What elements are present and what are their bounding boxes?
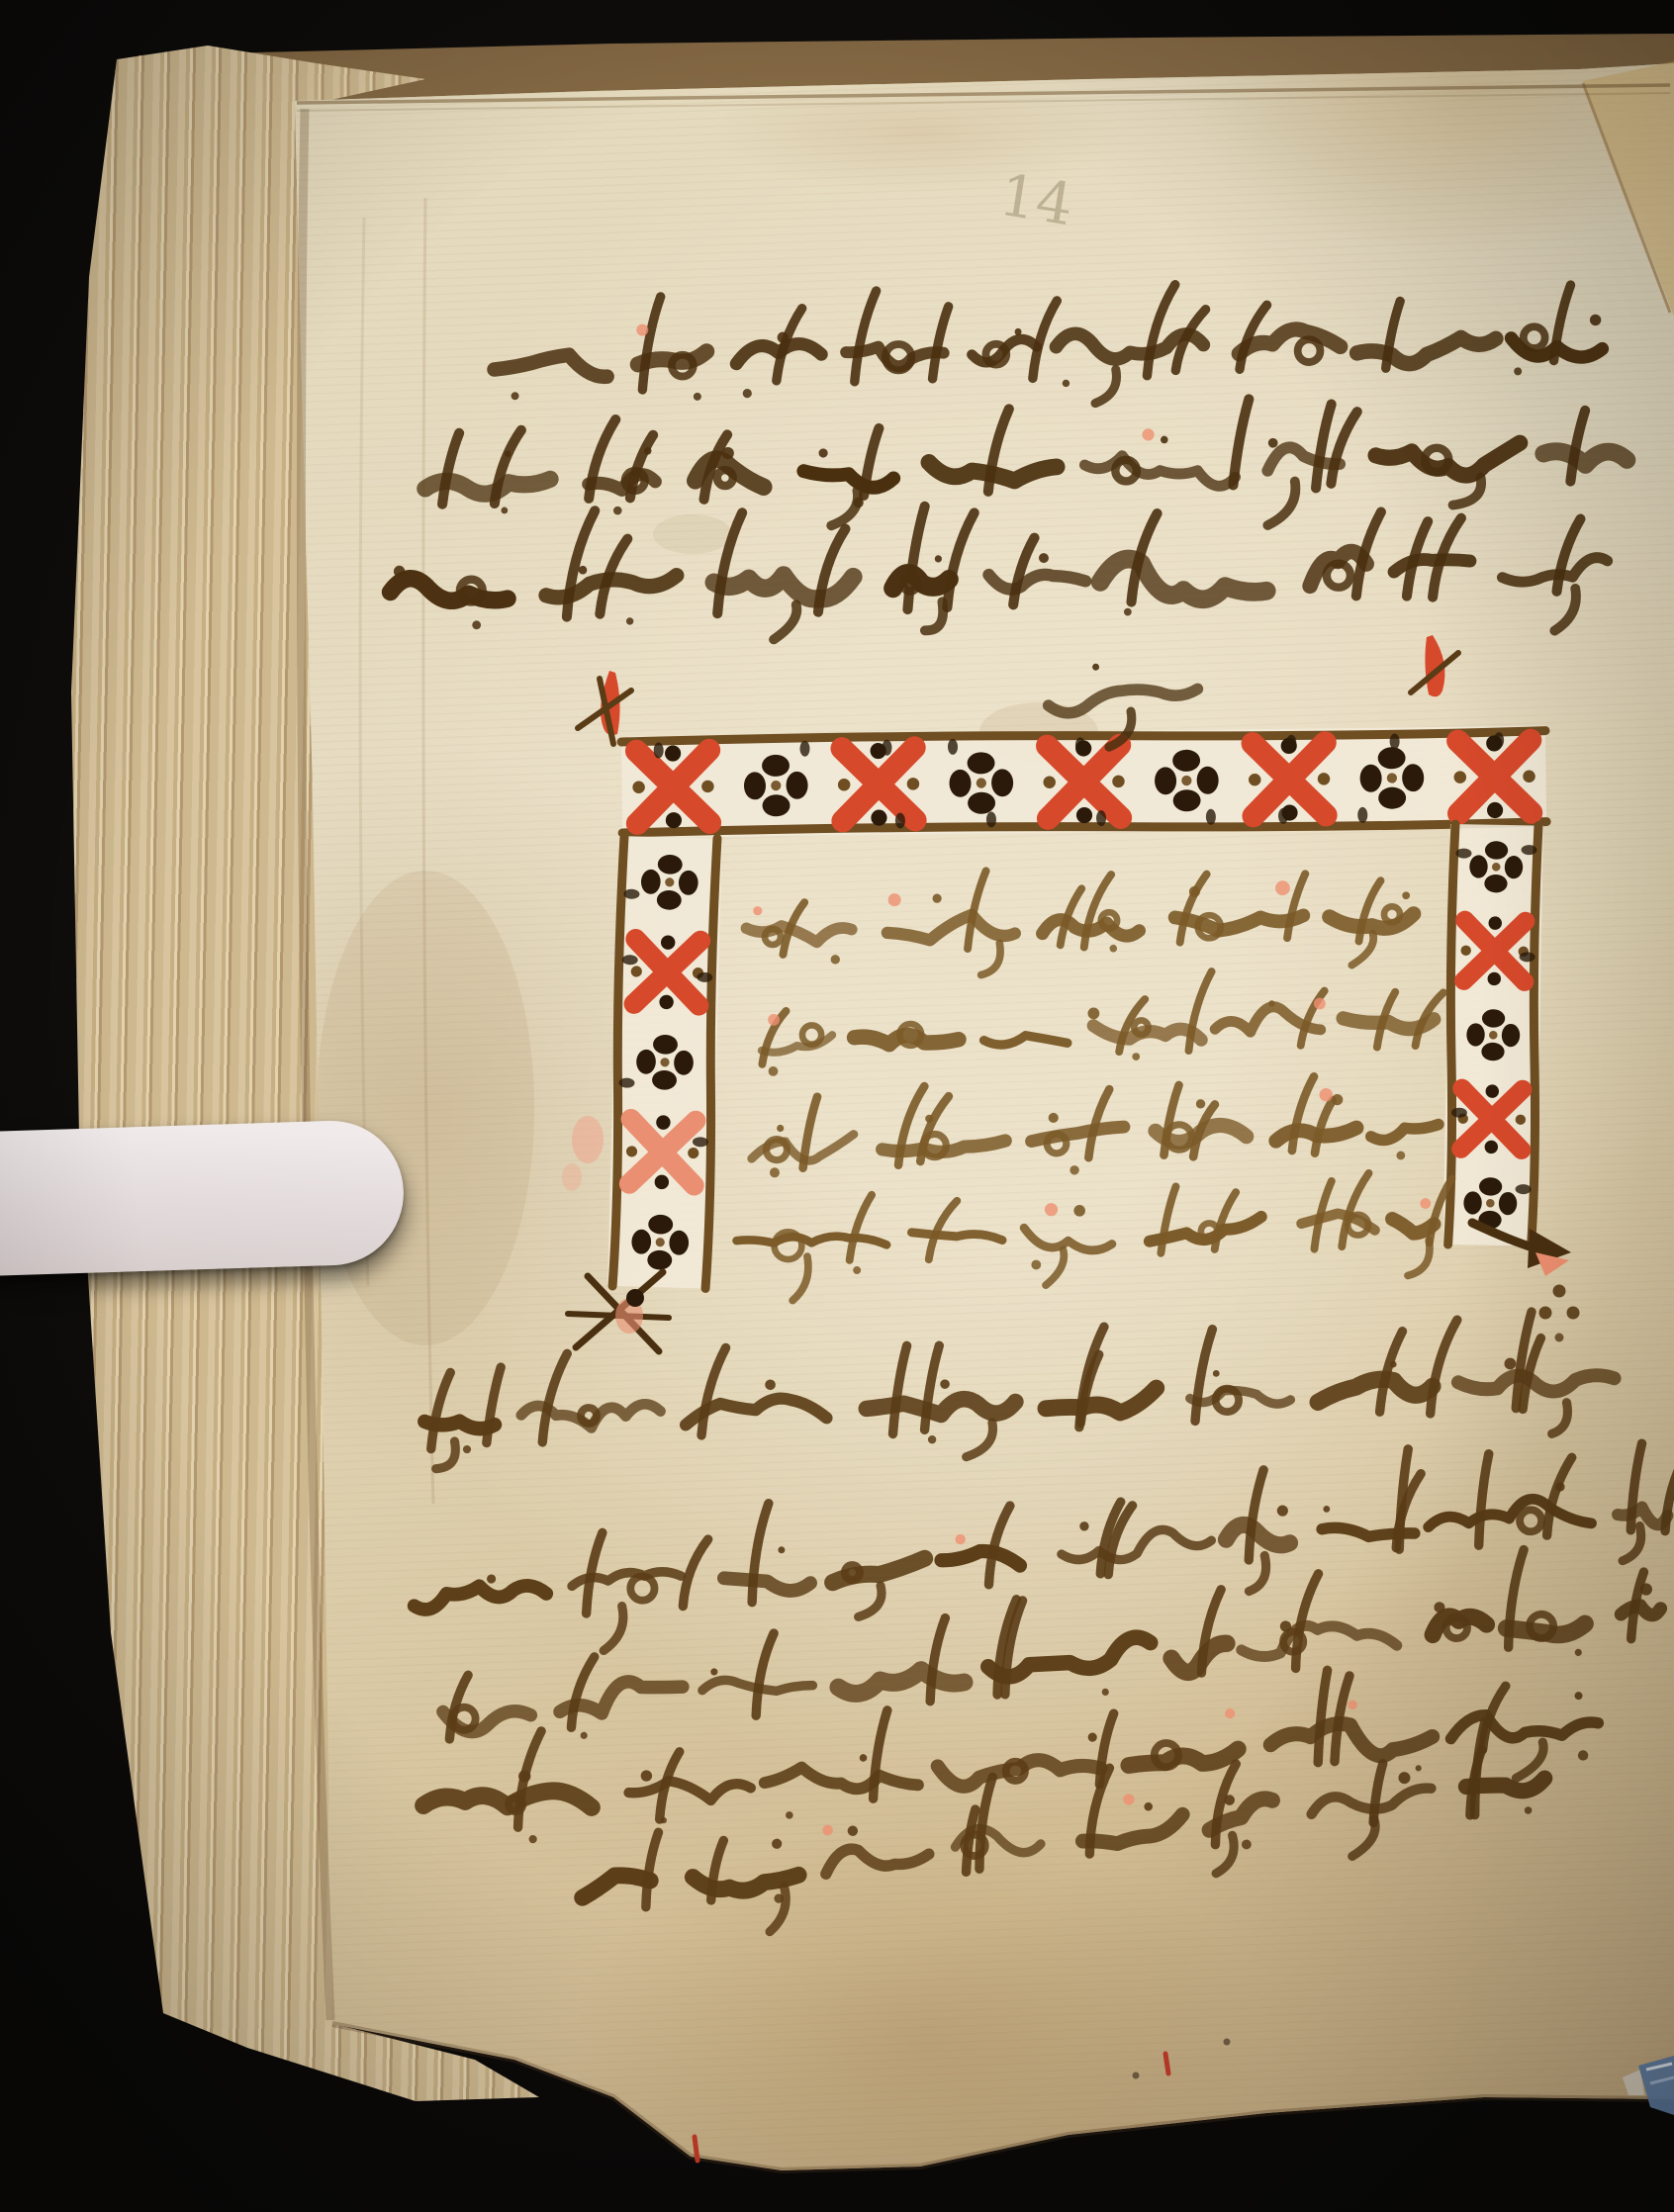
text-line xyxy=(749,1068,1440,1186)
finial-top-right xyxy=(1411,635,1458,696)
finial-top-left xyxy=(578,671,631,744)
headpiece-left-column xyxy=(607,836,722,1289)
text-line xyxy=(422,1309,1617,1476)
text-line xyxy=(389,490,1609,655)
folio-number: 14 xyxy=(995,161,1078,239)
headpiece-right-column xyxy=(1443,824,1543,1246)
text-line xyxy=(735,1171,1454,1302)
manuscript-overlay: 14 xyxy=(0,0,1674,2212)
text-line xyxy=(745,860,1415,981)
headpiece-top-band xyxy=(621,726,1546,838)
photo-backdrop: 14 xyxy=(0,0,1674,2212)
bookmark-tab xyxy=(0,1119,406,1276)
text-line xyxy=(493,272,1604,419)
text-line xyxy=(760,966,1445,1076)
text-line xyxy=(423,391,1627,542)
